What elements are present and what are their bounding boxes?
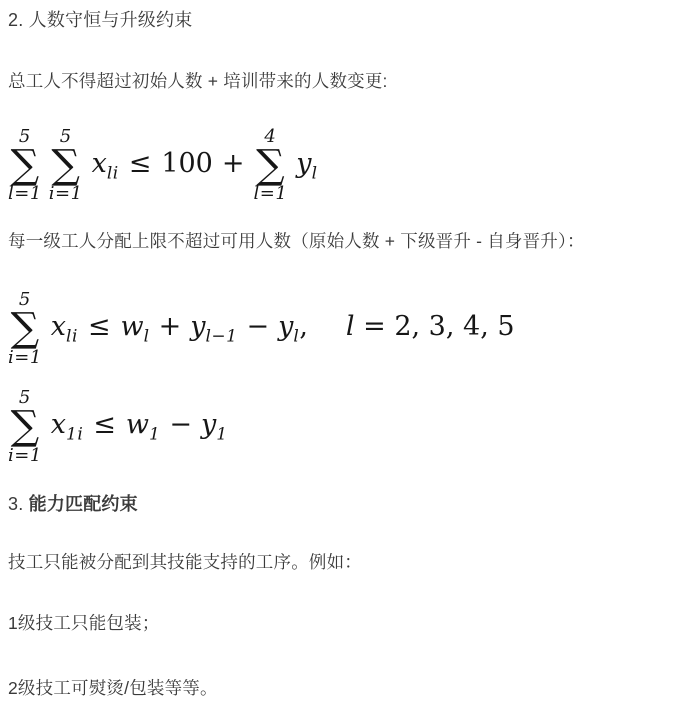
math-condition: l = 2, 3, 4, 5: [346, 311, 515, 342]
math-var-w: w: [126, 409, 149, 440]
sum-operator-i: 5 ∑ i=1: [8, 291, 42, 367]
math-var-x: x: [51, 409, 66, 440]
para-level1-example: 1级技工只能包装；: [8, 611, 682, 636]
math-subscript: 1: [216, 424, 227, 444]
sum-lower-limit: l=1: [8, 185, 42, 203]
document-page: 2. 人数守恒与升级约束 总工人不得超过初始人数 + 培训带来的人数变更: 5 …: [0, 0, 692, 714]
para-level-cap: 每一级工人分配上限不超过可用人数（原始人数 + 下级晋升 - 自身晋升）：: [8, 229, 682, 254]
math-var-y: y: [296, 148, 311, 179]
formula-level-cap: 5 ∑ i=1 xli≤wl+yl−1−yl,l = 2, 3, 4, 5: [8, 293, 682, 365]
math-var-y: y: [190, 311, 205, 342]
heading-headcount-constraints: 2. 人数守恒与升级约束: [8, 7, 682, 33]
formula-level1-cap: 5 ∑ i=1 x1i≤w1−y1: [8, 391, 682, 463]
math-plus: +: [159, 311, 182, 342]
math-subscript: l−1: [205, 326, 237, 346]
math-var-y: y: [201, 409, 216, 440]
sum-operator-l: 5 ∑ l=1: [8, 128, 42, 204]
sum-lower-limit: l=1: [254, 185, 288, 203]
math-condition-values: = 2, 3, 4, 5: [355, 311, 515, 342]
formula-expression: xli≤wl+yl−1−yl,l = 2, 3, 4, 5: [51, 311, 515, 347]
math-subscript: li: [66, 326, 78, 346]
math-number: 100: [161, 148, 213, 179]
math-var-x: x: [51, 311, 66, 342]
math-subscript: 1: [149, 424, 160, 444]
math-subscript: 1i: [66, 424, 83, 444]
math-var-x: x: [92, 148, 107, 179]
formula-expression-left: xli≤100+: [92, 148, 254, 184]
sigma-icon: ∑: [11, 310, 40, 347]
math-leq: ≤: [93, 409, 116, 440]
formula-expression-right: yl: [296, 148, 317, 184]
math-leq: ≤: [88, 311, 111, 342]
sum-operator-l2: 4 ∑ l=1: [254, 128, 288, 204]
math-var-y: y: [278, 311, 293, 342]
math-subscript: li: [107, 163, 119, 183]
math-comma: ,: [299, 311, 308, 342]
heading-number: 3.: [8, 494, 29, 514]
math-subscript: l: [144, 326, 150, 346]
sigma-icon: ∑: [256, 147, 285, 184]
formula-total-headcount: 5 ∑ l=1 5 ∑ i=1 xli≤100+ 4 ∑ l=1 yl: [8, 129, 682, 201]
math-subscript: l: [312, 163, 318, 183]
sum-operator-i: 5 ∑ i=1: [49, 128, 83, 204]
sigma-icon: ∑: [11, 408, 40, 445]
heading-title: 能力匹配约束: [29, 494, 138, 514]
para-total-workers: 总工人不得超过初始人数 + 培训带来的人数变更:: [8, 69, 682, 94]
sum-lower-limit: i=1: [49, 185, 83, 203]
para-skill-assignment: 技工只能被分配到其技能支持的工序。例如：: [8, 550, 682, 575]
math-var-l: l: [346, 311, 355, 342]
sum-lower-limit: i=1: [8, 349, 42, 367]
sum-operator-i: 5 ∑ i=1: [8, 389, 42, 465]
sigma-icon: ∑: [11, 147, 40, 184]
sum-lower-limit: i=1: [8, 447, 42, 465]
formula-expression: x1i≤w1−y1: [51, 409, 228, 445]
math-leq: ≤: [129, 148, 152, 179]
para-level2-example: 2级技工可熨烫/包装等等。: [8, 676, 682, 701]
sigma-icon: ∑: [51, 147, 80, 184]
math-minus: −: [169, 409, 192, 440]
math-var-w: w: [121, 311, 144, 342]
math-minus: −: [246, 311, 269, 342]
math-plus: +: [222, 148, 245, 179]
heading-capability-match: 3. 能力匹配约束: [8, 491, 682, 517]
